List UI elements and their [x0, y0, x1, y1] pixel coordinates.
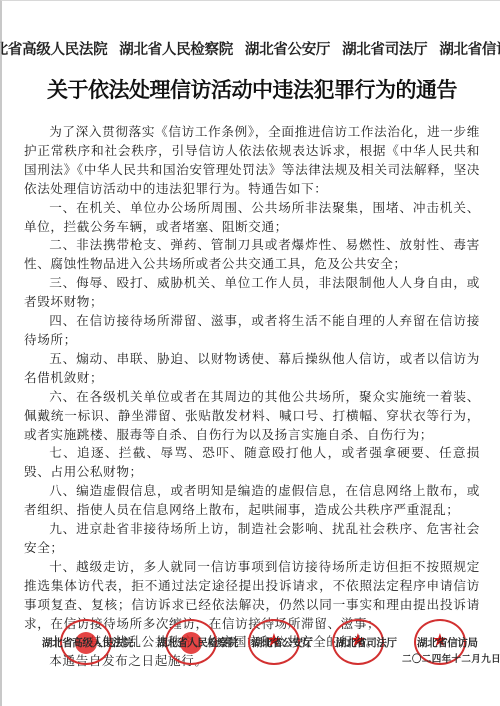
issue-date: 二〇二四年十二月九日 [402, 651, 500, 665]
issuer-procuratorate: 湖北省人民检察院 [119, 38, 233, 59]
document-body: 为了深入贯彻落实《信访工作条例》，全面推进信访工作法治化，进一步维护正常秩序和社… [24, 123, 480, 671]
clause-7: 七、追逐、拦截、辱骂、恐吓、随意殴打他人，或者强拿硬要、任意损毁、占用公私财物； [24, 444, 480, 482]
issuer-justice: 湖北省司法厅 [342, 38, 427, 59]
preamble-paragraph: 为了深入贯彻落实《信访工作条例》，全面推进信访工作法治化，进一步维护正常秩序和社… [24, 123, 480, 199]
clause-4: 四、在信访接待场所滞留、滋事，或者将生活不能自理的人弃留在信访接待场所； [24, 312, 480, 350]
seal-label-public-security: 湖北省公安厅 [252, 635, 313, 650]
notice-document: 湖北省高级人民法院 湖北省人民检察院 湖北省公安厅 湖北省司法厅 湖北省信访局 … [0, 0, 500, 706]
issuer-petition-bureau: 湖北省信访局 [439, 38, 500, 59]
document-title: 关于依法处理信访活动中违法犯罪行为的通告 [2, 74, 500, 104]
clause-1: 一、在机关、单位办公场所周围、公共场所非法聚集，围堵、冲击机关、单位，拦截公务车… [24, 199, 480, 237]
seal-label-procuratorate: 湖北省人民检察院 [157, 635, 238, 650]
clause-9: 九、进京赴省非接待场所上访，制造社会影响、扰乱社会秩序、危害社会安全； [24, 520, 480, 558]
issuing-authorities: 湖北省高级人民法院 湖北省人民检察院 湖北省公安厅 湖北省司法厅 湖北省信访局 [2, 38, 500, 59]
seal-label-high-court: 湖北省高级人民法院 [42, 635, 133, 650]
signature-seals: 湖北省高级人民法院 湖北省人民检察院 ★ 湖北省公安厅 ★ 湖北省司法厅 ★ 湖… [2, 619, 500, 689]
clause-2: 二、非法携带枪支、弹药、管制刀具或者爆炸性、易燃性、放射性、毒害性、腐蚀性物品进… [24, 236, 480, 274]
issuer-public-security: 湖北省公安厅 [245, 38, 330, 59]
seal-label-petition-bureau: 湖北省信访局 [417, 635, 478, 650]
clause-6: 六、在各级机关单位或者在其周边的其他公共场所，聚众实施统一着装、佩戴统一标识、静… [24, 388, 480, 445]
issuer-high-court: 湖北省高级人民法院 [0, 38, 107, 59]
clause-5: 五、煽动、串联、胁迫、以财物诱使、幕后操纵他人信访，或者以信访为名借机敛财； [24, 350, 480, 388]
clause-8: 八、编造虚假信息，或者明知是编造的虚假信息，在信息网络上散布，或者组织、指使人员… [24, 482, 480, 520]
clause-3: 三、侮辱、殴打、威胁机关、单位工作人员，非法限制他人人身自由，或者毁坏财物； [24, 274, 480, 312]
seal-label-justice: 湖北省司法厅 [336, 635, 397, 650]
